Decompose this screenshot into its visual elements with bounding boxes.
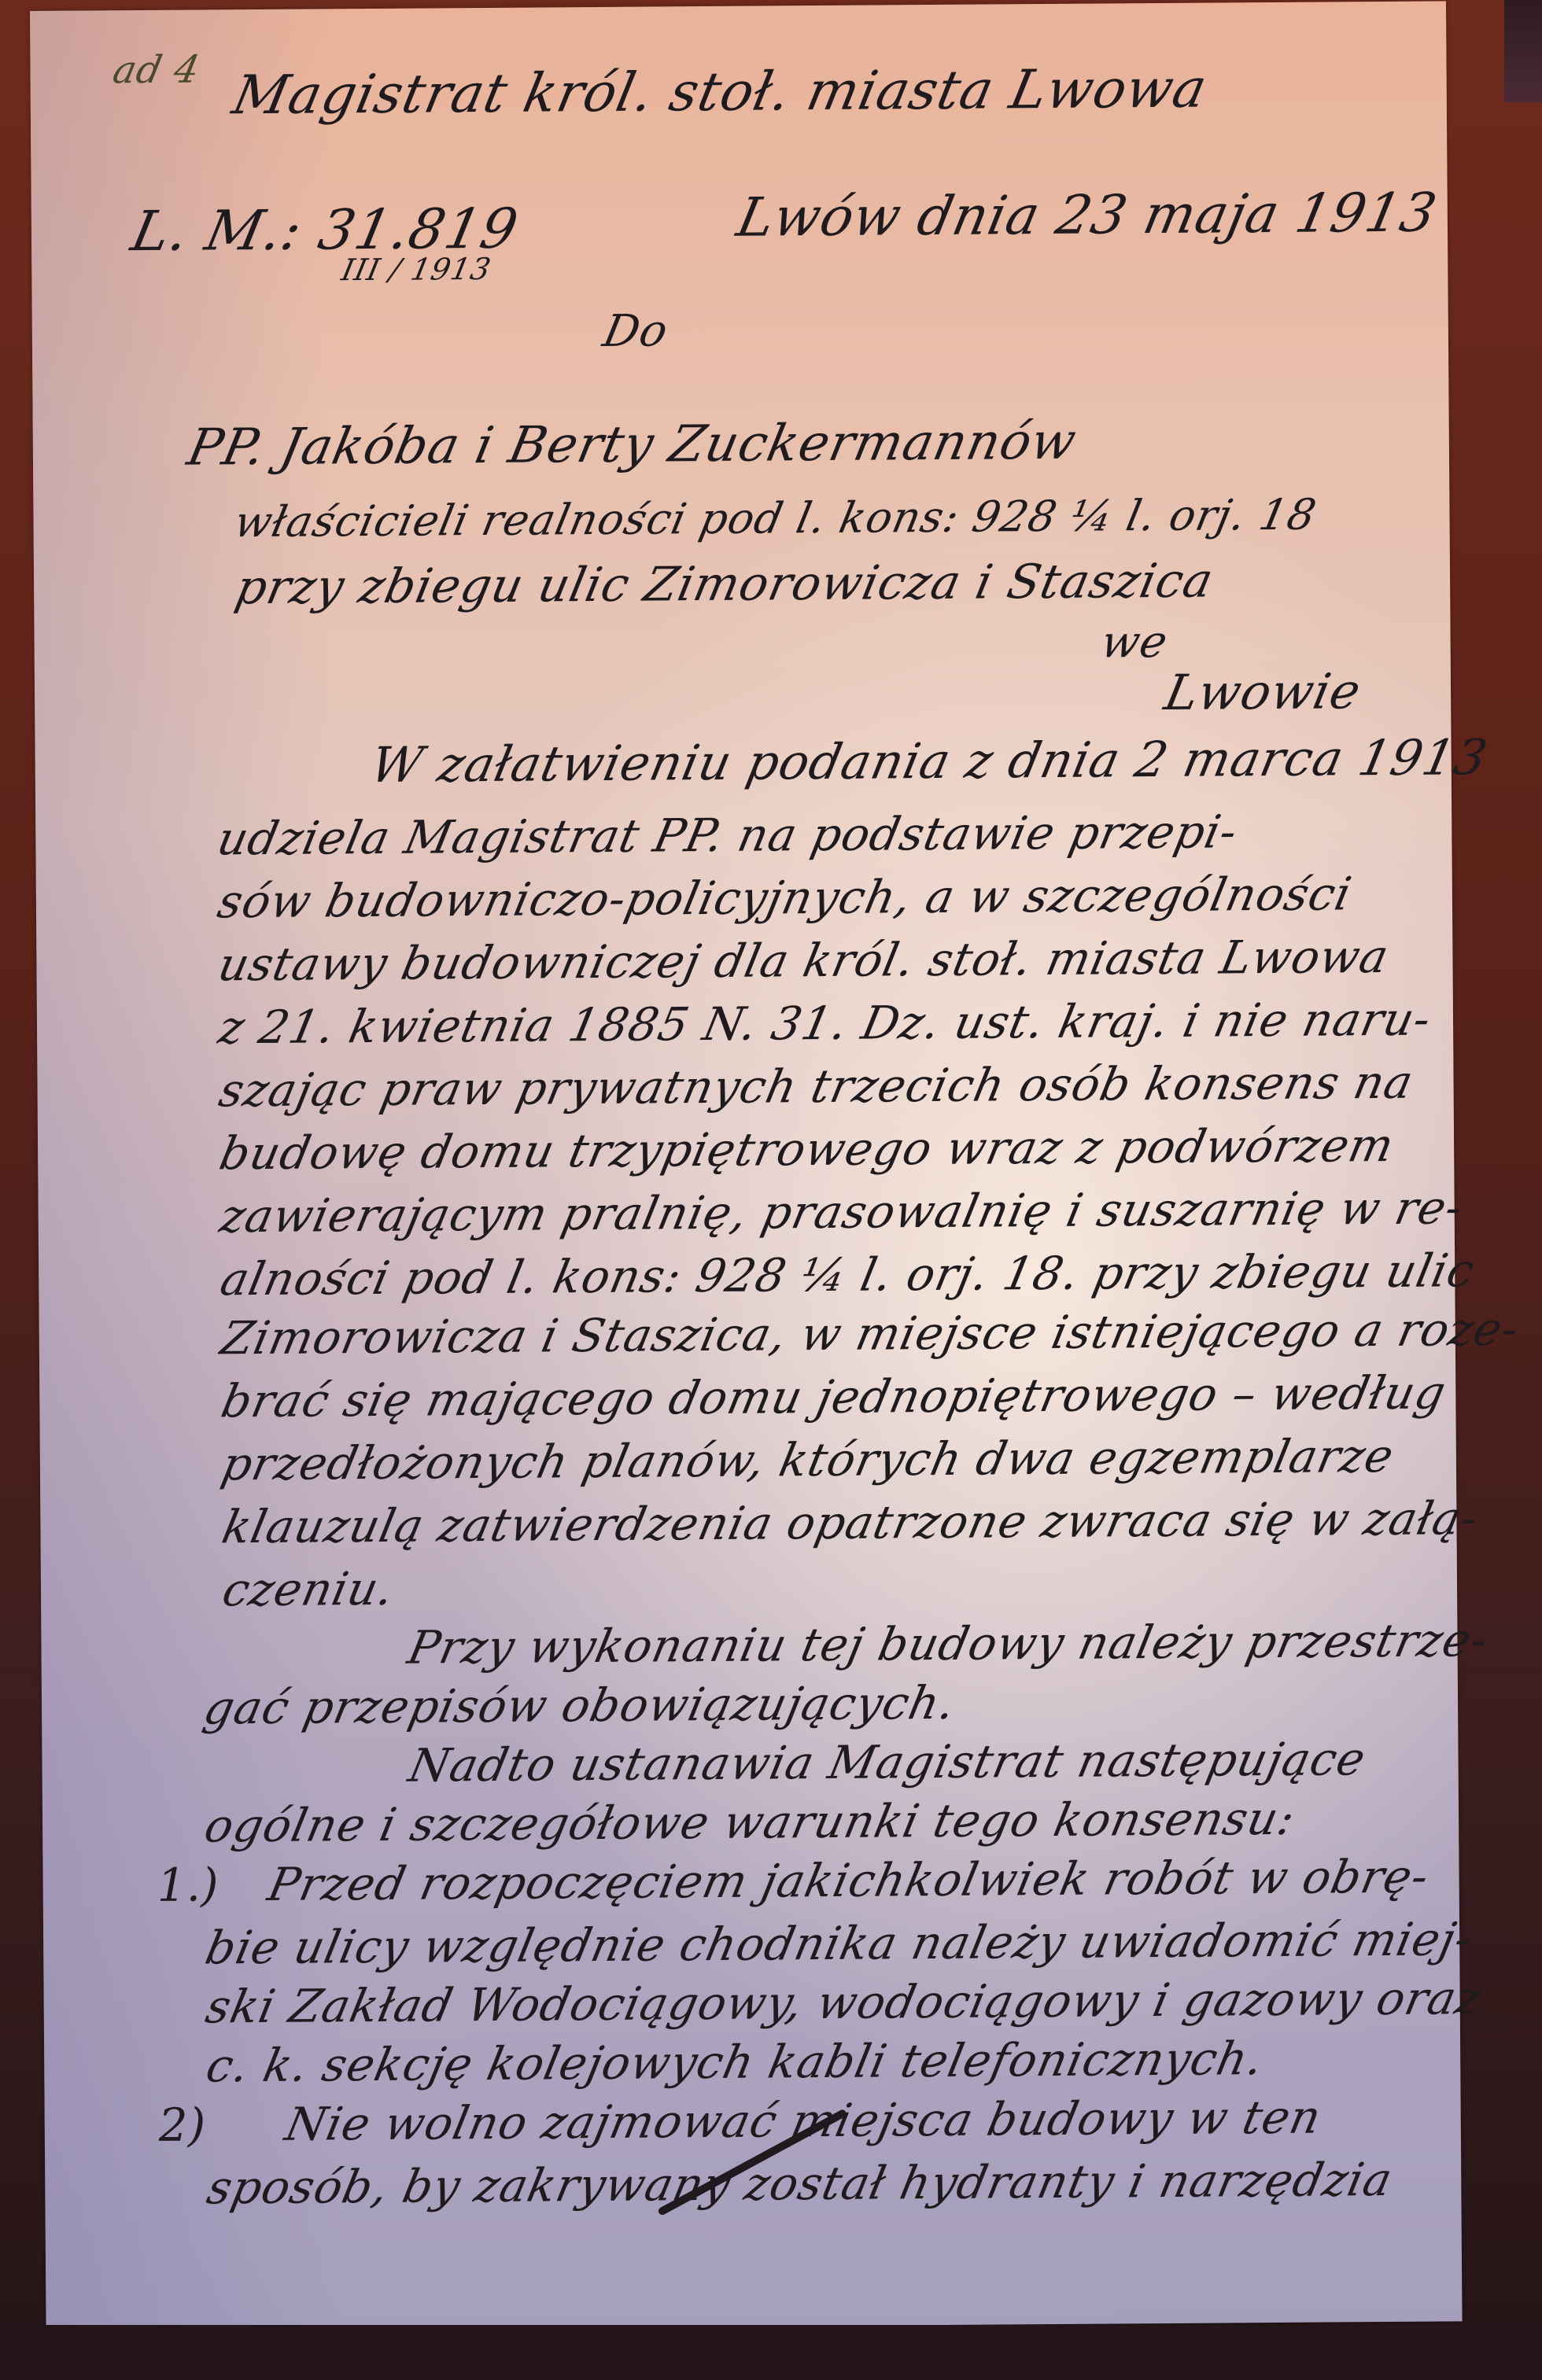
body-line: ogólne i szczegółowe warunki tego konsen… (200, 1792, 1300, 1853)
document-page: ad 4 Magistrat król. stoł. miasta Lwowa … (30, 1, 1463, 2330)
background-object (1504, 0, 1542, 102)
body-line: ustawy budowniczej dla król. stoł. miast… (214, 930, 1394, 991)
body-line: Przy wykonaniu tej budowy należy przestr… (404, 1613, 1493, 1674)
salutation-prefix: Do (599, 305, 673, 357)
condition-line: Przed rozpoczęciem jakichkolwiek robót w… (264, 1850, 1434, 1911)
body-line: alności pod l. kons: 928 ¼ l. orj. 18. p… (216, 1243, 1479, 1306)
condition-line: Nie wolno zajmować miejsca budowy w ten (281, 2091, 1326, 2151)
background-bottom (0, 2325, 1542, 2380)
body-line: gać przepisów obowiązujących. (199, 1676, 961, 1735)
body-line: Nadto ustanawia Magistrat następujące (404, 1732, 1370, 1792)
condition-line: c. k. sekcję kolejowych kabli telefonicz… (201, 2032, 1268, 2092)
condition-number: 2) (159, 2098, 206, 2152)
body-line: budowę domu trzypiętrowego wraz z podwór… (215, 1118, 1399, 1181)
body-line: W załatwieniu podania z dnia 2 marca 191… (366, 728, 1492, 794)
body-line: Zimorowicza i Staszica, w miejsce istnie… (216, 1302, 1524, 1365)
body-line: z 21. kwietnia 1885 N. 31. Dz. ust. kraj… (214, 993, 1436, 1055)
condition-line: sposób, by zakrywany został hydranty i n… (203, 2153, 1397, 2215)
addressee-we: we (1097, 617, 1172, 669)
reference-sub: III / 1913 (338, 252, 494, 287)
body-line: udziela Magistrat PP. na podstawie przep… (213, 805, 1243, 865)
addressee-city: Lwowie (1160, 662, 1366, 721)
body-line: zawierającym pralnię, prasowalnię i susz… (216, 1181, 1468, 1243)
corner-mark: ad 4 (109, 47, 205, 92)
body-line: klauzulą zatwierdzenia opatrzone zwraca … (218, 1491, 1483, 1553)
body-line: brać się mającego domu jednopiętrowego –… (217, 1365, 1452, 1428)
body-line: czeniu. (218, 1562, 399, 1617)
addressee-street: przy zbiegu ulic Zimorowicza i Staszica (231, 553, 1218, 615)
place-date: Lwów dnia 23 maja 1913 (732, 182, 1442, 249)
body-line: sów budowniczo-policyjnych, a w szczegól… (213, 867, 1356, 928)
condition-number: 1.) (157, 1858, 218, 1912)
condition-line: bie ulicy względnie chodnika należy uwia… (201, 1912, 1477, 1974)
issuer-heading: Magistrat król. stoł. miasta Lwowa (227, 58, 1212, 127)
addressee-property: właścicieli realności pod l. kons: 928 ¼… (231, 490, 1321, 547)
body-line: przedłożonych planów, których dwa egzemp… (217, 1429, 1399, 1490)
body-line: szając praw prywatnych trzecich osób kon… (215, 1056, 1418, 1118)
addressee-names: PP. Jakóba i Berty Zuckermannów (183, 413, 1082, 477)
condition-line: ski Zakład Wodociągowy, wodociągowy i ga… (201, 1971, 1487, 2033)
